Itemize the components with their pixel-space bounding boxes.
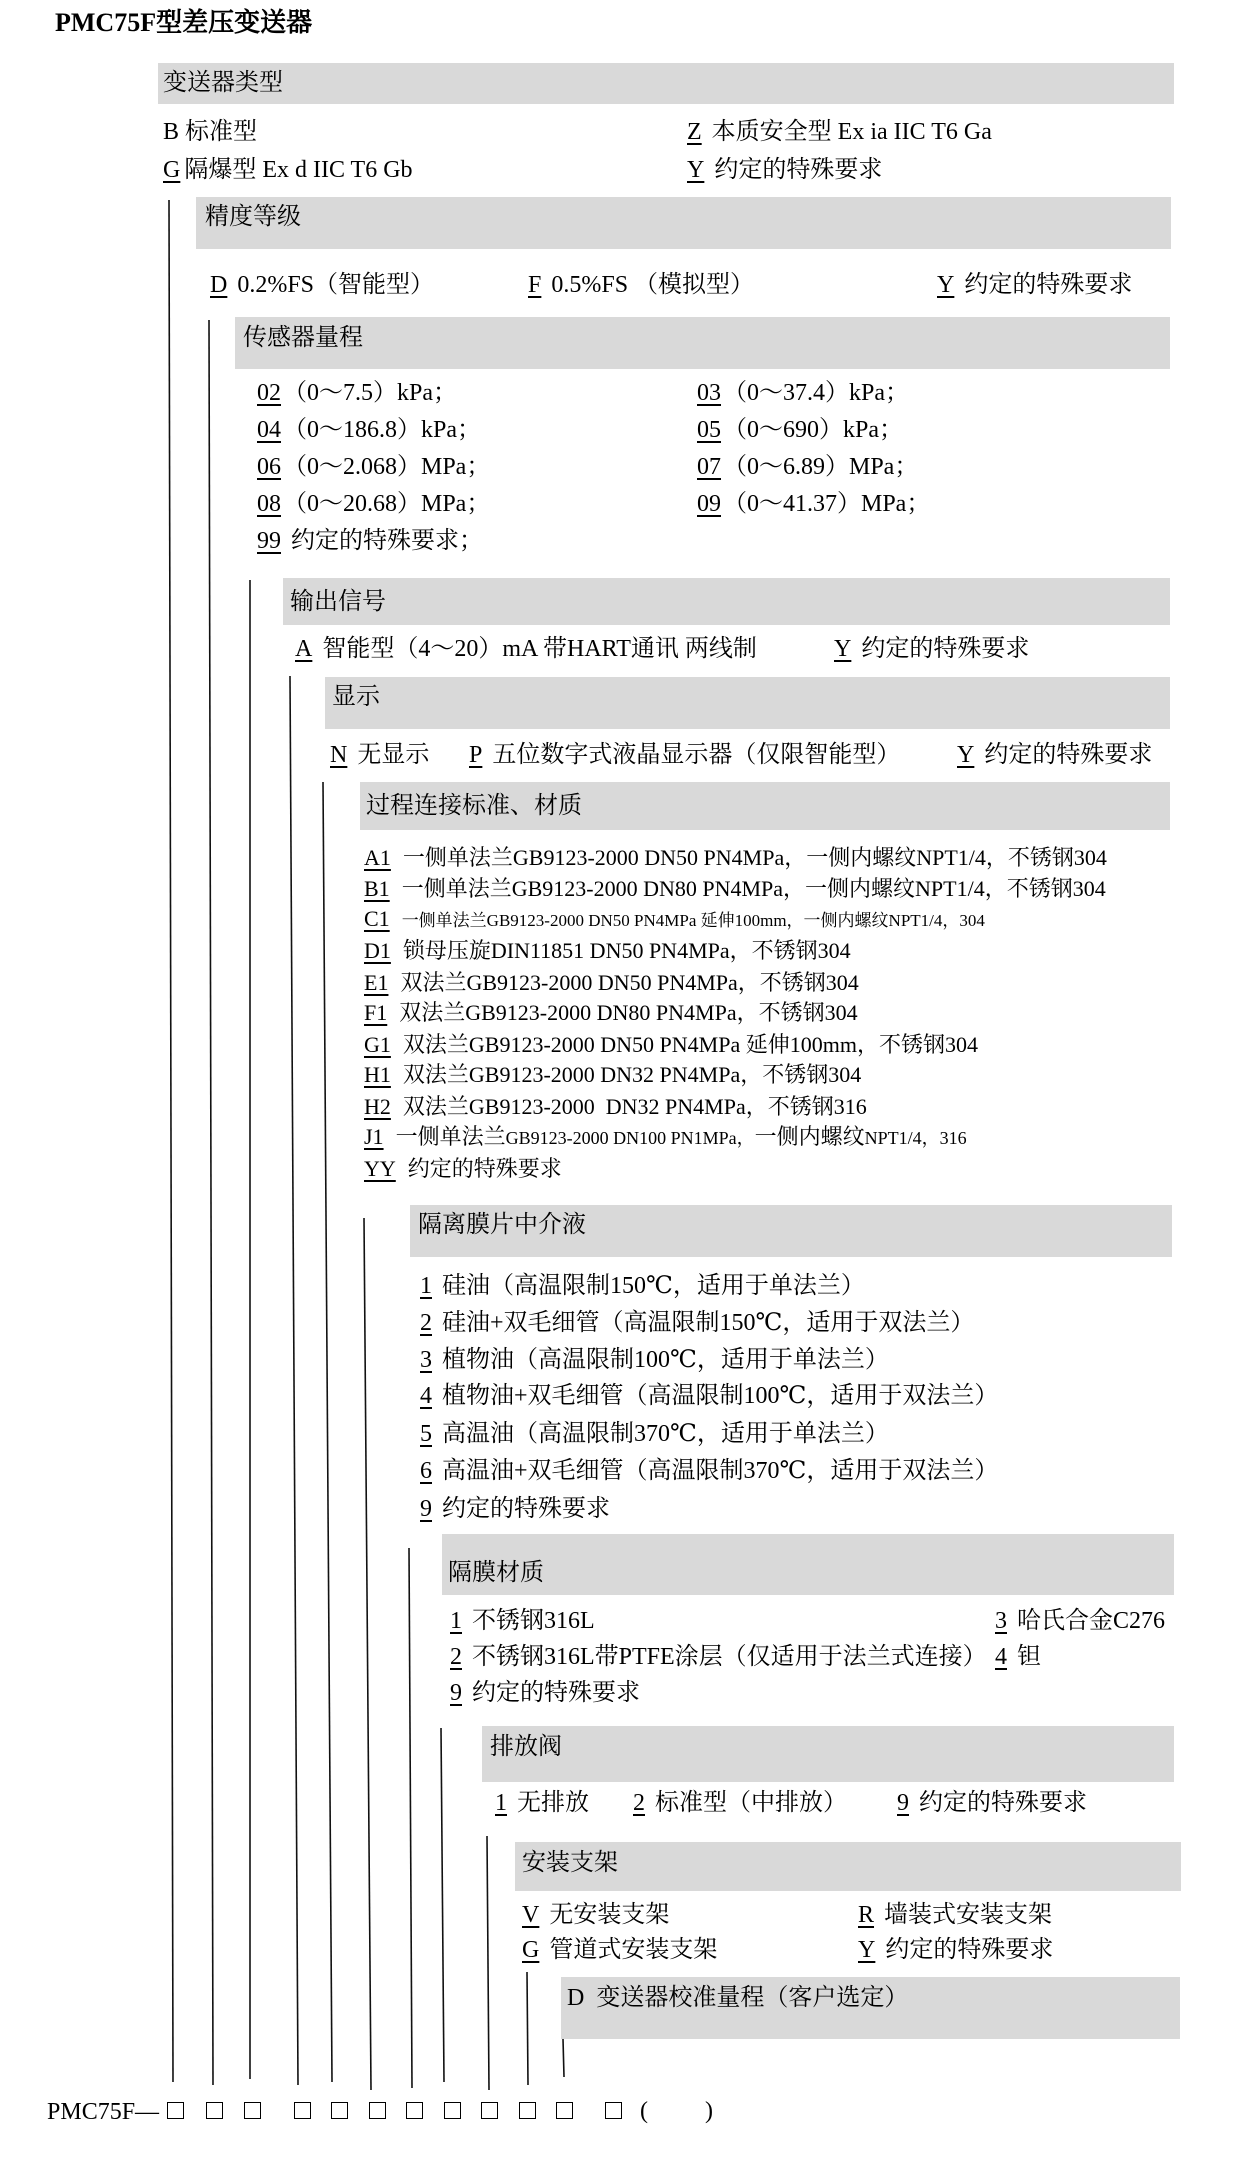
option-code: 1: [495, 1790, 507, 1816]
model-code-slot-3: [244, 2102, 261, 2119]
option-connection-j1: J1一侧单法兰GB9123-2000 DN100 PN1MPa，一侧内螺纹NPT…: [364, 1122, 967, 1152]
model-code-slot-11: [556, 2102, 573, 2119]
model-code-range-open: (: [640, 2096, 648, 2126]
option-label: 约定的特殊要求: [442, 1496, 610, 1522]
option-code: F1: [364, 1000, 387, 1025]
option-range-09: 09（0～41.37）MPa；: [697, 489, 930, 519]
option-code: 2: [633, 1790, 645, 1816]
option-label-part: GB9123-2000 DN100 PN1MPa，: [506, 1128, 755, 1148]
option-range-03: 03（0～37.4）kPa；: [697, 378, 909, 408]
section-header-label: 隔膜材质: [448, 1558, 544, 1588]
section-header-label: 过程连接标准、材质: [366, 791, 582, 821]
option-material-2: 2不锈钢316L带PTFE涂层（仅适用于法兰式连接）: [450, 1642, 987, 1672]
option-label: 植物油+双毛细管（高温限制100℃，适用于双法兰）: [442, 1383, 998, 1409]
option-label: 双法兰GB9123-2000 DN32 PN4MPa，不锈钢316: [403, 1094, 867, 1119]
option-label: 硅油（高温限制150℃，适用于单法兰）: [442, 1273, 865, 1299]
option-code: Y: [957, 742, 974, 768]
section-header-sensor-range: 传感器量程: [235, 317, 1170, 369]
option-connection-f1: F1双法兰GB9123-2000 DN80 PN4MPa，不锈钢304: [364, 998, 858, 1028]
option-label: 约定的特殊要求: [984, 742, 1152, 768]
section-header-label: 精度等级: [205, 202, 301, 232]
model-code-slot-4: [294, 2102, 311, 2119]
option-label: 管道式安装支架: [549, 1937, 717, 1963]
option-bracket-v: V无安装支架: [522, 1900, 669, 1930]
model-code-slot-5: [331, 2102, 348, 2119]
option-label: 钽: [1017, 1644, 1041, 1670]
option-code: 5: [420, 1421, 432, 1447]
option-label: （0～690）kPa；: [723, 417, 903, 443]
option-code: R: [858, 1902, 874, 1928]
section-header-code: D: [567, 1985, 584, 2011]
option-transmitter-type-g: G隔爆型 Ex d IIC T6 Gb: [163, 155, 413, 185]
option-drain-1: 1无排放: [495, 1788, 589, 1818]
option-label: 不锈钢316L: [472, 1608, 595, 1634]
option-label: （0～186.8）kPa；: [283, 417, 481, 443]
section-header-transmitter-type: 变送器类型: [158, 63, 1174, 104]
option-label: 一侧单法兰GB9123-2000 DN80 PN4MPa，一侧内螺纹NPT1/4…: [402, 876, 1106, 901]
connector-line-accuracy: [209, 320, 213, 2085]
option-fluid-2: 2硅油+双毛细管（高温限制150℃，适用于双法兰）: [420, 1308, 974, 1338]
option-code: G: [522, 1937, 539, 1963]
option-range-08: 08（0～20.68）MPa；: [257, 489, 490, 519]
option-label-part: 一侧内螺纹: [755, 1124, 865, 1149]
option-label: 双法兰GB9123-2000 DN50 PN4MPa 延伸100mm，不锈钢30…: [403, 1032, 978, 1057]
model-code-prefix: PMC75F—: [47, 2097, 159, 2127]
option-label: 硅油+双毛细管（高温限制150℃，适用于双法兰）: [442, 1310, 974, 1336]
option-label: （0～2.068）MPa；: [283, 454, 490, 480]
option-code: J1: [364, 1124, 384, 1149]
option-code: Z: [687, 119, 702, 145]
option-label: （0～37.4）kPa；: [723, 380, 909, 406]
connector-line-mounting-bracket: [527, 1972, 528, 2085]
option-label: 高温油（高温限制370℃，适用于单法兰）: [442, 1421, 889, 1447]
option-bracket-g: G管道式安装支架: [522, 1935, 717, 1965]
option-code: 09: [697, 491, 721, 517]
section-header-output-signal: 输出信号: [283, 578, 1170, 625]
option-label: 0.5%FS （模拟型）: [551, 272, 754, 298]
option-transmitter-type-b: B标准型: [163, 117, 257, 147]
section-header-label: 安装支架: [522, 1848, 618, 1878]
option-code: D1: [364, 938, 391, 963]
option-fluid-9: 9约定的特殊要求: [420, 1494, 610, 1524]
option-label: 高温油+双毛细管（高温限制370℃，适用于双法兰）: [442, 1458, 998, 1484]
option-transmitter-type-z: Z本质安全型 Ex ia IIC T6 Ga: [687, 117, 992, 147]
option-label: 无排放: [517, 1790, 589, 1816]
option-output-a: A智能型（4～20）mA 带HART通讯 两线制: [295, 634, 757, 664]
option-label: 约定的特殊要求: [861, 636, 1029, 662]
option-code: P: [469, 742, 482, 768]
option-code: 9: [897, 1790, 909, 1816]
connector-line-transmitter-type: [169, 200, 173, 2082]
option-code: YY: [364, 1156, 396, 1181]
option-label: 约定的特殊要求: [714, 157, 882, 183]
model-code-slot-2: [206, 2102, 223, 2119]
connector-line-diaphragm-material: [441, 1728, 444, 2082]
section-header-fill-fluid: 隔离膜片中介液: [410, 1205, 1172, 1257]
option-range-05: 05（0～690）kPa；: [697, 415, 903, 445]
section-header-label: 排放阀: [490, 1732, 562, 1762]
section-header-calibration-range: D变送器校准量程（客户选定）: [561, 1977, 1180, 2039]
option-label: 约定的特殊要求: [408, 1156, 562, 1181]
option-code: B1: [364, 876, 390, 901]
connector-line-calibration-range: [563, 2039, 564, 2077]
option-label: 一侧单法兰GB9123-2000 DN50 PN4MPa 延伸100mm，一侧内…: [402, 911, 985, 930]
model-code-slot-10: [519, 2102, 536, 2119]
option-connection-b1: B1一侧单法兰GB9123-2000 DN80 PN4MPa，一侧内螺纹NPT1…: [364, 874, 1106, 904]
option-fluid-4: 4植物油+双毛细管（高温限制100℃，适用于双法兰）: [420, 1381, 998, 1411]
option-code: 05: [697, 417, 721, 443]
option-label: 约定的特殊要求: [919, 1790, 1087, 1816]
option-code: Y: [834, 636, 851, 662]
option-display-y: Y约定的特殊要求: [957, 740, 1152, 770]
option-connection-yy: YY约定的特殊要求: [364, 1154, 562, 1184]
option-code: 1: [420, 1273, 432, 1299]
option-code: 02: [257, 380, 281, 406]
option-code: A1: [364, 845, 391, 870]
option-display-p: P五位数字式液晶显示器（仅限智能型）: [469, 740, 900, 770]
option-accuracy-d: D0.2%FS（智能型）: [210, 270, 434, 300]
option-code: A: [295, 636, 312, 662]
model-code-range-close: ): [705, 2096, 713, 2126]
option-range-07: 07（0～6.89）MPa；: [697, 452, 918, 482]
model-code-slot-1: [167, 2102, 184, 2119]
section-header-label: 显示: [332, 682, 380, 712]
option-range-99: 99约定的特殊要求；: [257, 526, 483, 556]
option-code: 2: [450, 1644, 462, 1670]
option-material-9: 9约定的特殊要求: [450, 1678, 640, 1708]
option-code: 9: [420, 1496, 432, 1522]
option-label: 标准型（中排放）: [655, 1790, 847, 1816]
option-code: G1: [364, 1032, 391, 1057]
option-range-04: 04（0～186.8）kPa；: [257, 415, 481, 445]
option-material-3: 3哈氏合金C276: [995, 1606, 1165, 1636]
option-label: 双法兰GB9123-2000 DN50 PN4MPa，不锈钢304: [400, 970, 858, 995]
option-label: 约定的特殊要求: [472, 1680, 640, 1706]
connector-line-display: [323, 782, 332, 2082]
option-code: 3: [995, 1608, 1007, 1634]
option-code: V: [522, 1902, 539, 1928]
option-material-4: 4钽: [995, 1642, 1041, 1672]
option-code: E1: [364, 970, 388, 995]
option-material-1: 1不锈钢316L: [450, 1606, 595, 1636]
option-code: N: [330, 742, 347, 768]
section-header-label: 输出信号: [290, 587, 386, 617]
option-connection-d1: D1锁母压旋DIN11851 DN50 PN4MPa，不锈钢304: [364, 936, 851, 966]
option-code: F: [528, 272, 541, 298]
option-label: （0～20.68）MPa；: [283, 491, 490, 517]
option-connection-a1: A1一侧单法兰GB9123-2000 DN50 PN4MPa，一侧内螺纹NPT1…: [364, 843, 1107, 873]
model-code-slot-6: [369, 2102, 386, 2119]
option-code: 3: [420, 1347, 432, 1373]
option-connection-e1: E1双法兰GB9123-2000 DN50 PN4MPa，不锈钢304: [364, 968, 859, 998]
option-output-y: Y约定的特殊要求: [834, 634, 1029, 664]
option-code: 2: [420, 1310, 432, 1336]
model-code-slot-7: [406, 2102, 423, 2119]
option-code: H1: [364, 1062, 391, 1087]
option-code: C1: [364, 906, 390, 931]
option-fluid-1: 1硅油（高温限制150℃，适用于单法兰）: [420, 1271, 865, 1301]
connector-line-process-connection: [364, 1218, 371, 2090]
option-label: 隔爆型 Ex d IIC T6 Gb: [184, 157, 412, 183]
option-code: H2: [364, 1094, 391, 1119]
option-label: 哈氏合金C276: [1017, 1608, 1165, 1634]
option-code: Y: [858, 1937, 875, 1963]
option-label: 约定的特殊要求: [885, 1937, 1053, 1963]
option-fluid-3: 3植物油（高温限制100℃，适用于单法兰）: [420, 1345, 889, 1375]
option-bracket-r: R墙装式安装支架: [858, 1900, 1052, 1930]
option-code: 03: [697, 380, 721, 406]
option-code: 4: [420, 1383, 432, 1409]
option-label: 墙装式安装支架: [884, 1902, 1052, 1928]
option-drain-2: 2标准型（中排放）: [633, 1788, 847, 1818]
option-bracket-y: Y约定的特殊要求: [858, 1935, 1053, 1965]
section-header-mounting-bracket: 安装支架: [515, 1842, 1181, 1891]
option-range-06: 06（0～2.068）MPa；: [257, 452, 490, 482]
option-label: 五位数字式液晶显示器（仅限智能型）: [492, 742, 900, 768]
model-code-slot-8: [444, 2102, 461, 2119]
option-label: （0～6.89）MPa；: [723, 454, 918, 480]
option-label: 不锈钢316L带PTFE涂层（仅适用于法兰式连接）: [472, 1644, 987, 1670]
option-label: 0.2%FS（智能型）: [237, 272, 434, 298]
option-fluid-5: 5高温油（高温限制370℃，适用于单法兰）: [420, 1419, 889, 1449]
option-code: 07: [697, 454, 721, 480]
section-header-text: 变送器校准量程（客户选定）: [596, 1985, 908, 2011]
option-fluid-6: 6高温油+双毛细管（高温限制370℃，适用于双法兰）: [420, 1456, 998, 1486]
option-code: 1: [450, 1608, 462, 1634]
option-code: 08: [257, 491, 281, 517]
option-code: G: [163, 157, 180, 183]
option-code: D: [210, 272, 227, 298]
option-connection-h1: H1双法兰GB9123-2000 DN32 PN4MPa，不锈钢304: [364, 1060, 861, 1090]
option-connection-h2: H2双法兰GB9123-2000 DN32 PN4MPa，不锈钢316: [364, 1092, 867, 1122]
connector-line-output-signal: [290, 676, 298, 2085]
option-transmitter-type-y: Y约定的特殊要求: [687, 155, 882, 185]
option-code: Y: [937, 272, 954, 298]
option-label: 锁母压旋DIN11851 DN50 PN4MPa，不锈钢304: [403, 938, 851, 963]
model-code-slot-12: [605, 2102, 622, 2119]
section-header-label: 传感器量程: [243, 323, 363, 353]
option-connection-g1: G1双法兰GB9123-2000 DN50 PN4MPa 延伸100mm，不锈钢…: [364, 1030, 978, 1060]
option-range-02: 02（0～7.5）kPa；: [257, 378, 457, 408]
option-label: 一侧单法兰GB9123-2000 DN50 PN4MPa，一侧内螺纹NPT1/4…: [403, 845, 1107, 870]
section-header-diaphragm-material: 隔膜材质: [442, 1534, 1174, 1595]
option-label: 双法兰GB9123-2000 DN32 PN4MPa，不锈钢304: [403, 1062, 861, 1087]
option-label: 标准型: [185, 119, 257, 145]
option-accuracy-y: Y约定的特殊要求: [937, 270, 1132, 300]
option-label: 智能型（4～20）mA 带HART通讯 两线制: [322, 636, 757, 662]
option-label: （0～41.37）MPa；: [723, 491, 930, 517]
option-label: 双法兰GB9123-2000 DN80 PN4MPa，不锈钢304: [399, 1000, 857, 1025]
option-label: （0～7.5）kPa；: [283, 380, 457, 406]
option-code: Y: [687, 157, 704, 183]
section-header-process-connection: 过程连接标准、材质: [360, 782, 1170, 830]
option-connection-c1: C1一侧单法兰GB9123-2000 DN50 PN4MPa 延伸100mm，一…: [364, 904, 985, 934]
option-display-n: N无显示: [330, 740, 429, 770]
option-label: 约定的特殊要求；: [291, 528, 483, 554]
model-code-slot-9: [481, 2102, 498, 2119]
section-header-accuracy: 精度等级: [196, 197, 1171, 249]
option-code: 9: [450, 1680, 462, 1706]
connector-line-fill-fluid: [409, 1548, 412, 2088]
section-header-label: 隔离膜片中介液: [418, 1210, 586, 1240]
section-header-label: D变送器校准量程（客户选定）: [567, 1983, 908, 2013]
connector-line-drain-valve: [487, 1836, 489, 2090]
option-code: 6: [420, 1458, 432, 1484]
option-label: 无安装支架: [549, 1902, 669, 1928]
option-accuracy-f: F0.5%FS （模拟型）: [528, 270, 754, 300]
option-code: 06: [257, 454, 281, 480]
section-header-display: 显示: [325, 677, 1170, 729]
option-code: B: [163, 119, 179, 145]
option-code: 4: [995, 1644, 1007, 1670]
option-label: 约定的特殊要求: [964, 272, 1132, 298]
option-drain-9: 9约定的特殊要求: [897, 1788, 1087, 1818]
option-label-part: 一侧单法兰: [396, 1124, 506, 1149]
section-header-drain-valve: 排放阀: [482, 1726, 1174, 1782]
option-code: 04: [257, 417, 281, 443]
section-header-label: 变送器类型: [163, 68, 283, 98]
option-label: 植物油（高温限制100℃，适用于单法兰）: [442, 1347, 889, 1373]
option-label: 无显示: [357, 742, 429, 768]
option-label: 本质安全型 Ex ia IIC T6 Ga: [712, 119, 992, 145]
option-label-part: NPT1/4，316: [865, 1128, 967, 1148]
option-code: 99: [257, 528, 281, 554]
